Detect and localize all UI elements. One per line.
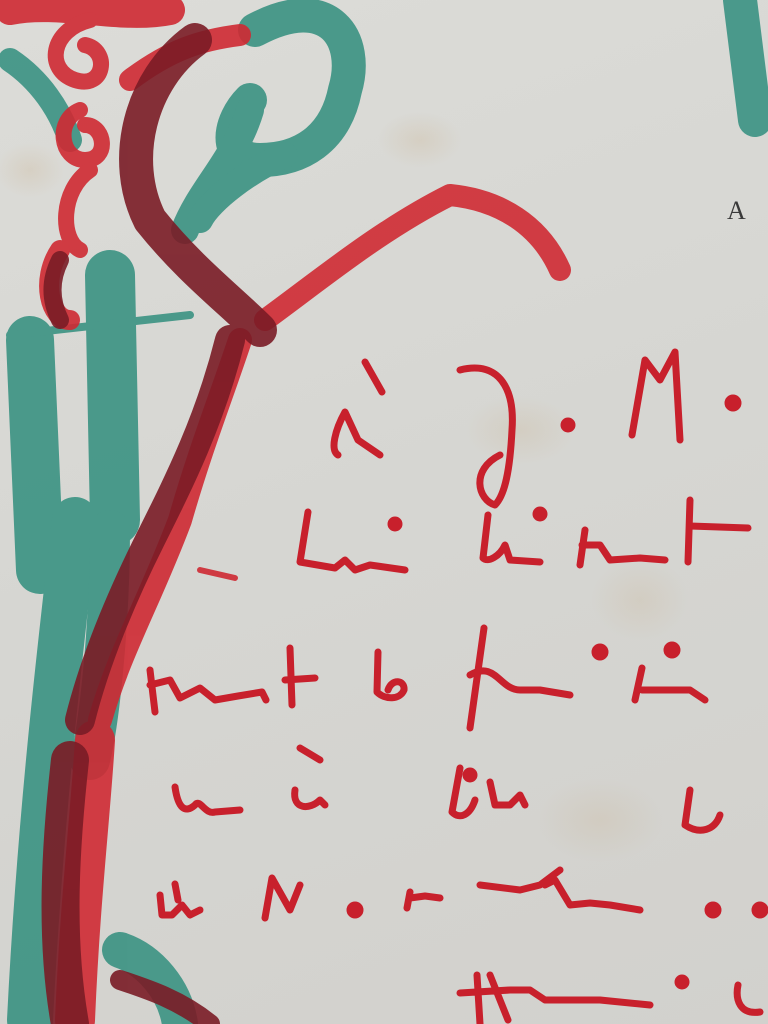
photograph: A à J. M. lui disant tout le plaisir eu …	[0, 0, 768, 1024]
printed-letter: A	[727, 196, 746, 226]
